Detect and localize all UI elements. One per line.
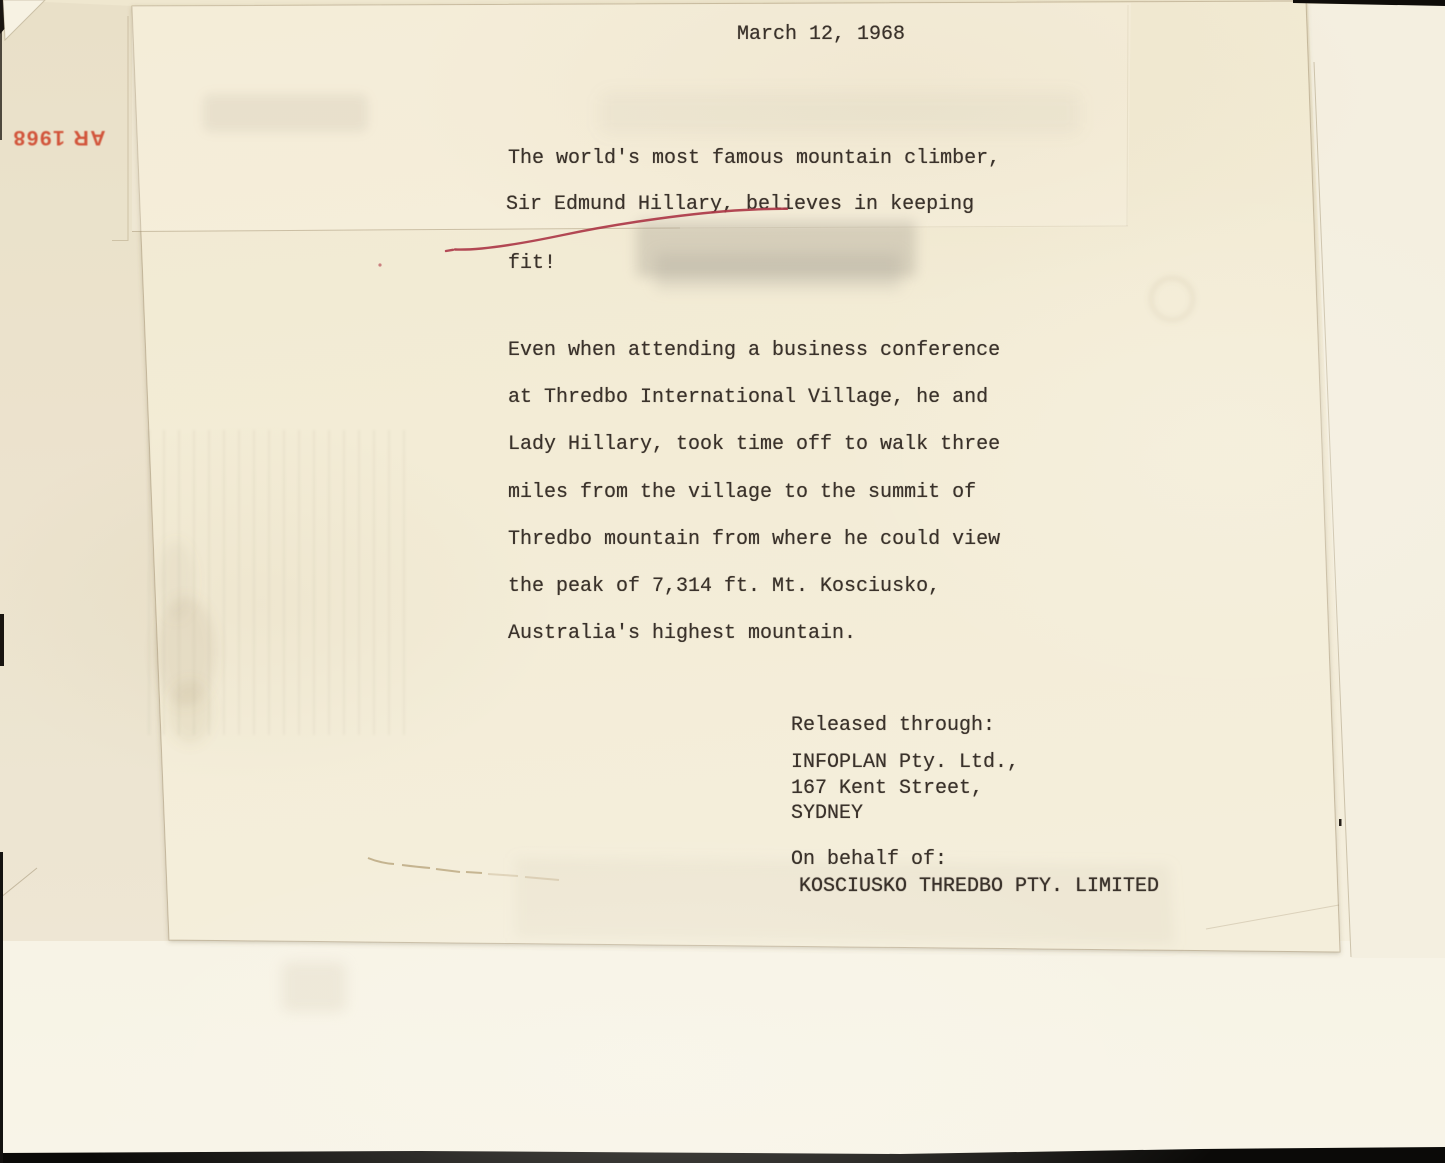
para2-line-7: Australia's highest mountain.: [508, 610, 1000, 657]
released-heading: Released through:: [791, 713, 995, 739]
date-stamp-text: AR 1968: [12, 126, 105, 149]
para2-line-3: Lady Hillary, took time off to walk thre…: [508, 421, 1000, 468]
behalf-org: KOSCIUSKO THREDBO PTY. LIMITED: [799, 874, 1159, 900]
para1-line-2: Sir Edmund Hillary, believes in keeping: [506, 192, 974, 218]
released-city: SYDNEY: [791, 801, 863, 827]
para1-line-1: The world's most famous mountain climber…: [508, 146, 1000, 172]
para2-line-5: Thredbo mountain from where he could vie…: [508, 516, 1000, 563]
released-agency: INFOPLAN Pty. Ltd.,: [791, 750, 1019, 776]
released-street: 167 Kent Street,: [791, 776, 983, 802]
stain: [158, 540, 194, 620]
red-speck: [378, 263, 381, 266]
behalf-heading: On behalf of:: [791, 847, 947, 873]
para2-line-6: the peak of 7,314 ft. Mt. Kosciusko,: [508, 563, 1000, 610]
date-stamp: AR 1968: [44, 150, 134, 176]
para2-line-1: Even when attending a business conferenc…: [508, 327, 1000, 374]
bottom-paper-light: [0, 941, 1445, 1156]
para2-line-4: miles from the village to the summit of: [508, 469, 1000, 516]
date-line: March 12, 1968: [737, 22, 905, 48]
para2-line-2: at Thredbo International Village, he and: [508, 374, 1000, 421]
para1-line-3: fit!: [508, 251, 556, 277]
ink-speck: [1339, 819, 1342, 826]
press-photo-back: AR 1968 March 12, 1968 The world's most …: [0, 0, 1445, 1163]
para2: Even when attending a business conferenc…: [508, 327, 1000, 657]
scan-edge-left: [0, 852, 3, 1163]
stain: [168, 680, 212, 744]
